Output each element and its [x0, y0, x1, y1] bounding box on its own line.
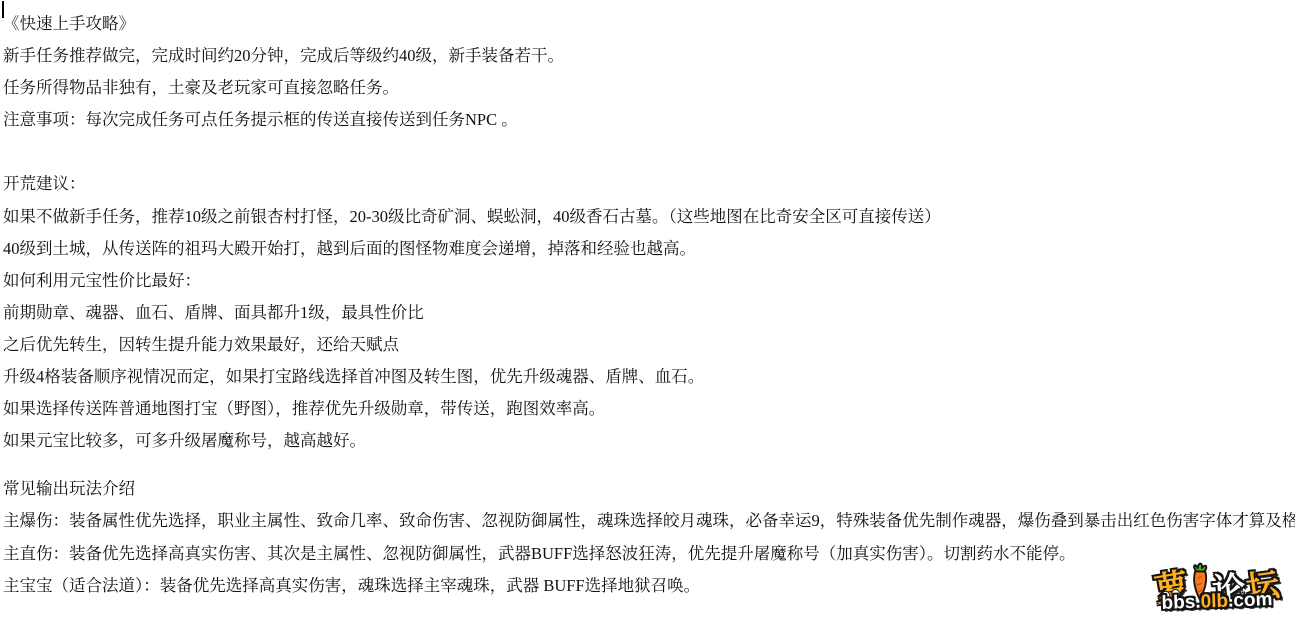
forum-site-url: bbs.0lb.com [1141, 589, 1294, 613]
document-page: 《快速上手攻略》新手任务推荐做完，完成时间约20分钟，完成后等级约40级，新手装… [0, 0, 1295, 636]
text-line: 任务所得物品非独有，土豪及老玩家可直接忽略任务。 [3, 72, 1295, 104]
blank-line [3, 136, 1295, 168]
text-line: 如果元宝比较多，可多升级屠魔称号，越高越好。 [3, 425, 1295, 457]
text-line: 开荒建议： [3, 168, 1295, 200]
text-line: 如果不做新手任务，推荐10级之前银杏村打怪，20-30级比奇矿洞、蜈蚣洞，40级… [3, 201, 1295, 233]
text-line: 之后优先转生，因转生提升能力效果最好，还给天赋点 [3, 329, 1295, 361]
blank-line [3, 457, 1295, 473]
site-url-suffix: .com [1228, 589, 1273, 612]
site-url-prefix: bbs. [1161, 592, 1201, 614]
document-body: 《快速上手攻略》新手任务推荐做完，完成时间约20分钟，完成后等级约40级，新手装… [3, 8, 1295, 602]
text-line: 主直伤：装备优先选择高真实伤害、其次是主属性、忽视防御属性，武器BUFF选择怒波… [3, 538, 1295, 570]
forum-logo-watermark: 萝 论 坛 bbs.0lb.com [1141, 554, 1293, 634]
text-line: 如果选择传送阵普通地图打宝（野图），推荐优先升级勋章，带传送，跑图效率高。 [3, 393, 1295, 425]
text-line: 前期勋章、魂器、血石、盾牌、面具都升1级，最具性价比 [3, 297, 1295, 329]
text-line: 常见输出玩法介绍 [3, 473, 1295, 505]
text-line: 40级到土城，从传送阵的祖玛大殿开始打，越到后面的图怪物难度会递增，掉落和经验也… [3, 233, 1295, 265]
text-line: 升级4格装备顺序视情况而定，如果打宝路线选择首冲图及转生图，优先升级魂器、盾牌、… [3, 361, 1295, 393]
site-url-domain: 0lb [1200, 591, 1228, 613]
text-line: 主爆伤：装备属性优先选择，职业主属性、致命几率、致命伤害、忽视防御属性，魂珠选择… [3, 505, 1295, 537]
text-line: 《快速上手攻略》 [3, 8, 1295, 40]
text-line: 新手任务推荐做完，完成时间约20分钟，完成后等级约40级，新手装备若干。 [3, 40, 1295, 72]
text-line: 如何利用元宝性价比最好： [3, 265, 1295, 297]
text-line: 注意事项：每次完成任务可点任务提示框的传送直接传送到任务NPC 。 [3, 104, 1295, 136]
text-line: 主宝宝（适合法道）：装备优先选择高真实伤害，魂珠选择主宰魂珠，武器 BUFF选择… [3, 570, 1295, 602]
